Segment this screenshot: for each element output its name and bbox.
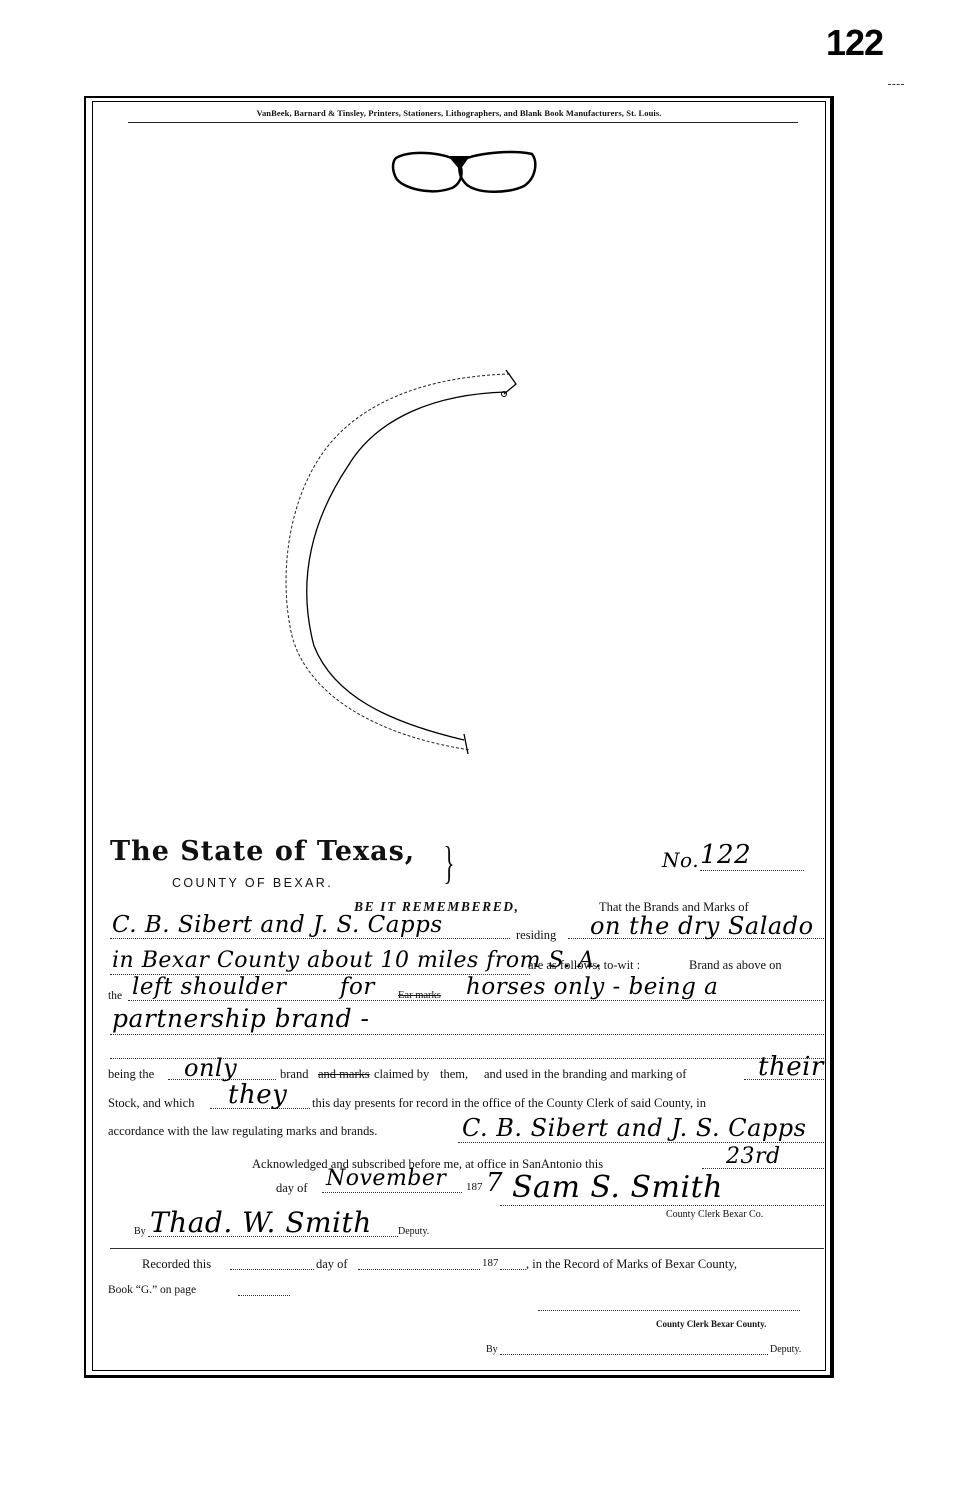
owner-signature-line — [458, 1142, 824, 1143]
ack-month: November — [326, 1166, 446, 1191]
recording-deputy-label: Deputy. — [770, 1344, 801, 1355]
their-value: their — [758, 1052, 824, 1082]
clerk-signature: Sam S. Smith — [512, 1170, 723, 1205]
being-the-label: being the — [108, 1067, 154, 1082]
brace-mark: } — [444, 840, 455, 886]
owner-name: C. B. Sibert and J. S. Capps — [112, 912, 443, 938]
accordance-text: accordance with the law regulating marks… — [108, 1124, 377, 1139]
ack-day: 23rd — [726, 1144, 781, 1169]
recording-clerk-line — [538, 1310, 800, 1311]
ear-marks-struck: Ear marks — [398, 990, 441, 1001]
owner-signature: C. B. Sibert and J. S. Capps — [462, 1114, 806, 1142]
follows-label: are as follows, to-wit : — [528, 958, 640, 973]
ear-mark-icon — [390, 148, 540, 199]
recorded-day-line — [230, 1269, 314, 1270]
clerk-title: County Clerk Bexar Co. — [666, 1209, 763, 1220]
stock-which-label: Stock, and which — [108, 1096, 194, 1111]
form-title: The State of Texas, — [110, 836, 415, 867]
recorded-day-of-label: day of — [316, 1257, 348, 1272]
location-1: left shoulder — [132, 974, 287, 1000]
year-suffix: 7 — [486, 1168, 503, 1198]
them-label: them, — [440, 1067, 468, 1082]
number-label: No. — [662, 848, 699, 872]
location-2: horses only - being a — [466, 974, 718, 1000]
location-line-2 — [110, 1034, 824, 1035]
printer-imprint: VanBeek, Barnard & Tinsley, Printers, St… — [92, 108, 826, 118]
ack-month-line — [322, 1192, 462, 1193]
the-label: the — [108, 990, 122, 1002]
recorded-year-line — [500, 1269, 526, 1270]
record-tail-text: , in the Record of Marks of Bexar County… — [526, 1257, 737, 1272]
section-rule — [110, 1248, 824, 1249]
margin-mark — [888, 84, 904, 85]
day-of-label: day of — [276, 1181, 308, 1196]
only-value: only — [184, 1054, 237, 1082]
book-line: Book “G.” on page — [108, 1284, 196, 1296]
they-value: they — [228, 1080, 287, 1110]
year-prefix: 187 — [466, 1181, 483, 1193]
location-3: partnership brand - — [112, 1004, 370, 1033]
by-label: By — [134, 1226, 146, 1237]
recording-by-label: By — [486, 1344, 498, 1355]
deputy-signature: Thad. W. Smith — [150, 1206, 372, 1239]
number-line — [700, 870, 804, 871]
county-label: COUNTY OF BEXAR. — [172, 876, 333, 890]
clerk-signature-line — [500, 1205, 824, 1206]
recorded-this-label: Recorded this — [142, 1257, 211, 1272]
residing-label: residing — [516, 928, 556, 943]
brand-as-above: Brand as above on — [689, 958, 782, 973]
claimed-by: claimed by — [374, 1067, 429, 1082]
deputy-label: Deputy. — [398, 1226, 429, 1237]
presents-text: this day presents for record in the offi… — [312, 1096, 706, 1111]
page-number: 122 — [826, 22, 883, 64]
recording-deputy-line — [500, 1354, 768, 1355]
location-line-1 — [128, 1000, 824, 1001]
and-marks-struck: and marks — [318, 1067, 370, 1082]
page-line — [238, 1295, 290, 1296]
recording-clerk-title: County Clerk Bexar County. — [656, 1319, 766, 1329]
residence-1: on the dry Salado — [590, 912, 814, 940]
for-label: for — [340, 974, 375, 1000]
header-rule — [128, 122, 798, 123]
used-in-text: and used in the branding and marking of — [484, 1067, 686, 1082]
crescent-brand-icon — [278, 366, 528, 761]
record-number: 122 — [700, 840, 751, 870]
recorded-year-prefix: 187 — [482, 1257, 499, 1269]
recorded-month-line — [358, 1269, 480, 1270]
owner-line — [110, 938, 510, 939]
